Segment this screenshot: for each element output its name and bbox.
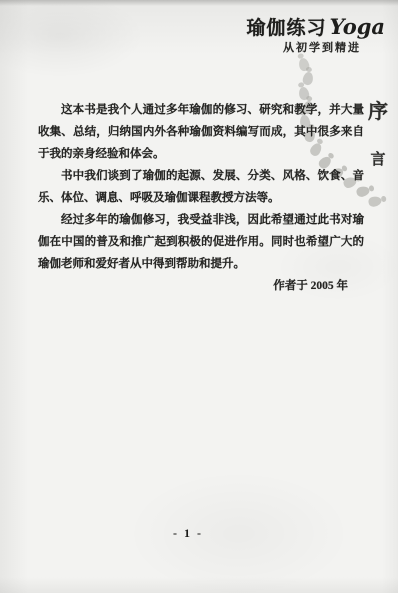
footprint-icon <box>368 195 383 207</box>
chapter-label-char: 言 <box>365 151 391 169</box>
author-signature: 作者于 2005 年 <box>38 275 364 297</box>
chapter-label-char: 序 <box>365 100 391 124</box>
page-number: - 1 - <box>0 526 376 541</box>
preface-paragraph: 这本书是我个人通过多年瑜伽的修习、研究和教学，并大量收集、总结，归纳国内外各种瑜… <box>38 99 364 165</box>
preface-body: 这本书是我个人通过多年瑜伽的修习、研究和教学，并大量收集、总结，归纳国内外各种瑜… <box>38 99 364 297</box>
page-header: 瑜伽练习Yoga 从初学到精进 <box>247 15 385 55</box>
book-subtitle: 从初学到精进 <box>247 42 361 55</box>
book-title: 瑜伽练习Yoga <box>247 15 385 42</box>
scanned-book-page: 瑜伽练习Yoga 从初学到精进 序 言 这本书是我个人通过多年瑜伽的修习、研究和… <box>0 0 398 593</box>
book-title-english: Yoga <box>330 14 385 39</box>
chapter-vertical-label: 序 言 <box>365 100 391 169</box>
book-title-chinese: 瑜伽练习 <box>247 18 327 39</box>
preface-paragraph: 书中我们谈到了瑜伽的起源、发展、分类、风格、饮食、音乐、体位、调息、呼吸及瑜伽课… <box>38 165 364 209</box>
preface-paragraph: 经过多年的瑜伽修习，我受益非浅，因此希望通过此书对瑜伽在中国的普及和推广起到积极… <box>38 209 364 275</box>
